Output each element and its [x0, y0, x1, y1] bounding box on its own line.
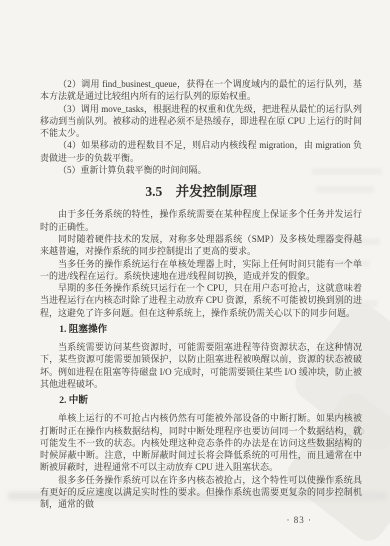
subsection-heading-blocking: 1. 阻塞操作 — [40, 324, 362, 336]
page-number: · 83 · — [40, 514, 362, 526]
paragraph-intro-3: 当多任务的操作系统运行在单核处理器上时，实际上任何时间只能有一个单一的进/线程在… — [40, 258, 362, 283]
paragraph-intro-1: 由于多任务系统的特性，操作系统需要在某种程度上保证多个任务并发运行时的正确性。 — [40, 208, 362, 233]
text-column: （2）调用 find_businest_queue，获得在一个调度域内的最忙的运… — [40, 78, 362, 526]
paragraph-intro-2: 同时随着硬件技术的发展，对称多处理器系统（SMP）及多核处理器变得越来越普遍，对… — [40, 233, 362, 258]
list-item-4: （4）如果移动的进程数目不足，则启动内核线程 migration，由 migra… — [40, 139, 362, 164]
paragraph-interrupt-2: 很多多任务操作系统可以在许多内核态被抢占，这个特性可以使操作系统具有更好的反应速… — [40, 474, 362, 511]
subsection-heading-interrupt: 2. 中断 — [40, 395, 362, 407]
list-item-2: （2）调用 find_businest_queue，获得在一个调度域内的最忙的运… — [40, 78, 362, 103]
paragraph-intro-4: 早期的多任务操作系统只运行在一个 CPU，只在用户态可抢占，这就意味着当进程运行… — [40, 282, 362, 319]
paragraph-blocking: 当系统需要访问某些资源时，可能需要阻塞进程等待资源状态，在这种情况下，某些资源可… — [40, 341, 362, 390]
page-background: PDG （2）调用 find_businest_queue，获得在一个调度域内的… — [0, 0, 390, 546]
scanned-book-page: { "doc": { "colors": { "paper": "#f5f4f1… — [0, 0, 390, 546]
paragraph-interrupt-1: 单核上运行的不可抢占内核仍然有可能被外部设备的中断打断。如果内核被打断时正在操作… — [40, 412, 362, 473]
list-item-3: （3）调用 move_tasks，根据进程的权重和优先级，把进程从最忙的运行队列… — [40, 103, 362, 140]
section-heading: 3.5 并发控制原理 — [40, 184, 362, 200]
list-item-5: （5）重新计算负载平衡的时间间隔。 — [40, 164, 362, 176]
